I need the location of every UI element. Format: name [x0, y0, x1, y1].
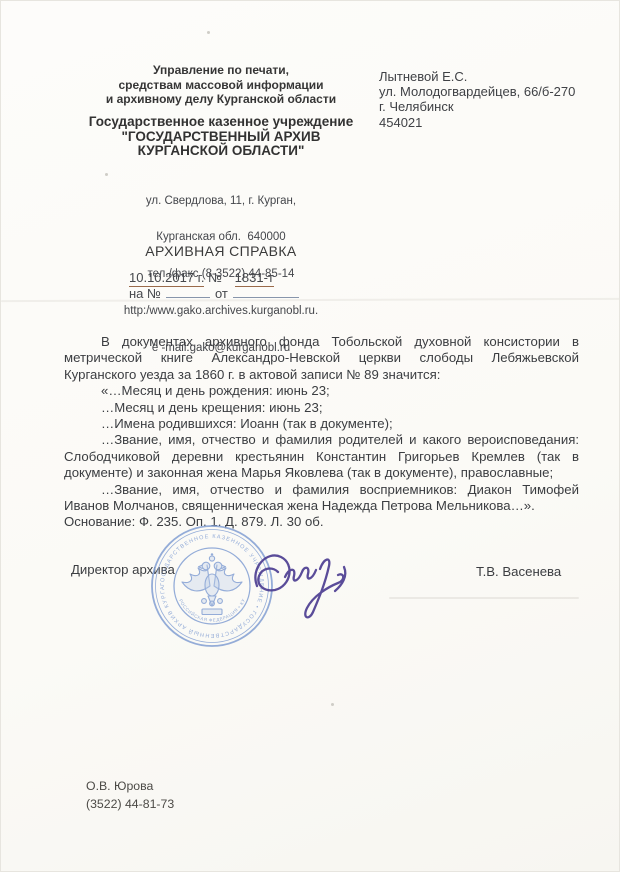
body-line: Курганского уезда за 1860 г. в актовой з…: [64, 367, 579, 383]
department-line: средствам массовой информации: [61, 78, 381, 93]
body-line: Основание: Ф. 235. Оп. 1. Д. 879. Л. 30 …: [64, 514, 579, 530]
recipient-name: Лытневой Е.С.: [379, 69, 609, 84]
department-line: и архивному делу Курганской области: [61, 92, 381, 107]
executor-block: О.В. Юрова (3522) 44-81-73: [86, 778, 174, 813]
body-line: …Звание, имя, отчество и фамилия восприе…: [64, 482, 579, 498]
executor-phone: (3522) 44-81-73: [86, 796, 174, 814]
body-line: …Месяц и день крещения: июнь 23;: [64, 400, 579, 416]
handwritten-signature: [241, 539, 361, 631]
reference-block: 10.10.2017 г. № 1831-т на №от: [129, 270, 299, 302]
recipient-address: Лытневой Е.С. ул. Молодогвардейцев, 66/б…: [379, 69, 609, 130]
paper-crease: [389, 597, 579, 599]
body-line: …Звание, имя, отчество и фамилия родител…: [64, 432, 579, 448]
contact-street: ул. Свердлова, 11, г. Курган,: [61, 195, 381, 207]
number-sign: №: [208, 270, 222, 285]
reply-date-blank: [233, 286, 299, 298]
reference-date: 10.10.2017 г.: [129, 270, 204, 287]
body-line: В документах архивного фонда Тобольской …: [64, 334, 579, 350]
reference-number: 1831-т: [235, 270, 274, 287]
contact-website: http:/www.gako.archives.kurganobl.ru.: [61, 305, 381, 317]
reply-number-blank: [166, 286, 210, 298]
body-line: Слободчиковой деревни крестьянин Констан…: [64, 449, 579, 465]
body-line: …Имена родившихся: Иоанн (так в документ…: [64, 416, 579, 432]
body-line: метрической книге Александро-Невской цер…: [64, 350, 579, 366]
scan-speck: [331, 703, 334, 706]
scan-speck: [207, 31, 210, 34]
reference-date-line: 10.10.2017 г. № 1831-т: [129, 270, 299, 286]
body-line: «…Месяц и день рождения: июнь 23;: [64, 383, 579, 399]
contact-region: Курганская обл. 640000: [61, 231, 381, 243]
recipient-postcode: 454021: [379, 115, 609, 130]
recipient-street: ул. Молодогвардейцев, 66/б-270: [379, 84, 609, 99]
recipient-city: г. Челябинск: [379, 99, 609, 114]
letterhead-organization: Государственное казенное учреждение "ГОС…: [41, 115, 401, 159]
organization-line: КУРГАНСКОЙ ОБЛАСТИ": [41, 144, 401, 159]
organization-line: Государственное казенное учреждение: [41, 115, 401, 130]
document-title: АРХИВНАЯ СПРАВКА: [41, 243, 401, 259]
department-line: Управление по печати,: [61, 63, 381, 78]
scan-speck: [105, 173, 108, 176]
archival-certificate-page: Управление по печати, средствам массовой…: [0, 0, 620, 872]
certificate-body: В документах архивного фонда Тобольской …: [64, 334, 579, 531]
double-headed-eagle-icon: [182, 553, 242, 615]
body-line: Иванов Молчанов, священническая жена Над…: [64, 498, 579, 514]
body-line: документе) и законная жена Марья Яковлев…: [64, 465, 579, 481]
executor-name: О.В. Юрова: [86, 778, 174, 796]
organization-line: "ГОСУДАРСТВЕННЫЙ АРХИВ: [41, 130, 401, 145]
letterhead-department: Управление по печати, средствам массовой…: [61, 63, 381, 107]
signer-name: Т.В. Васенева: [476, 564, 561, 579]
